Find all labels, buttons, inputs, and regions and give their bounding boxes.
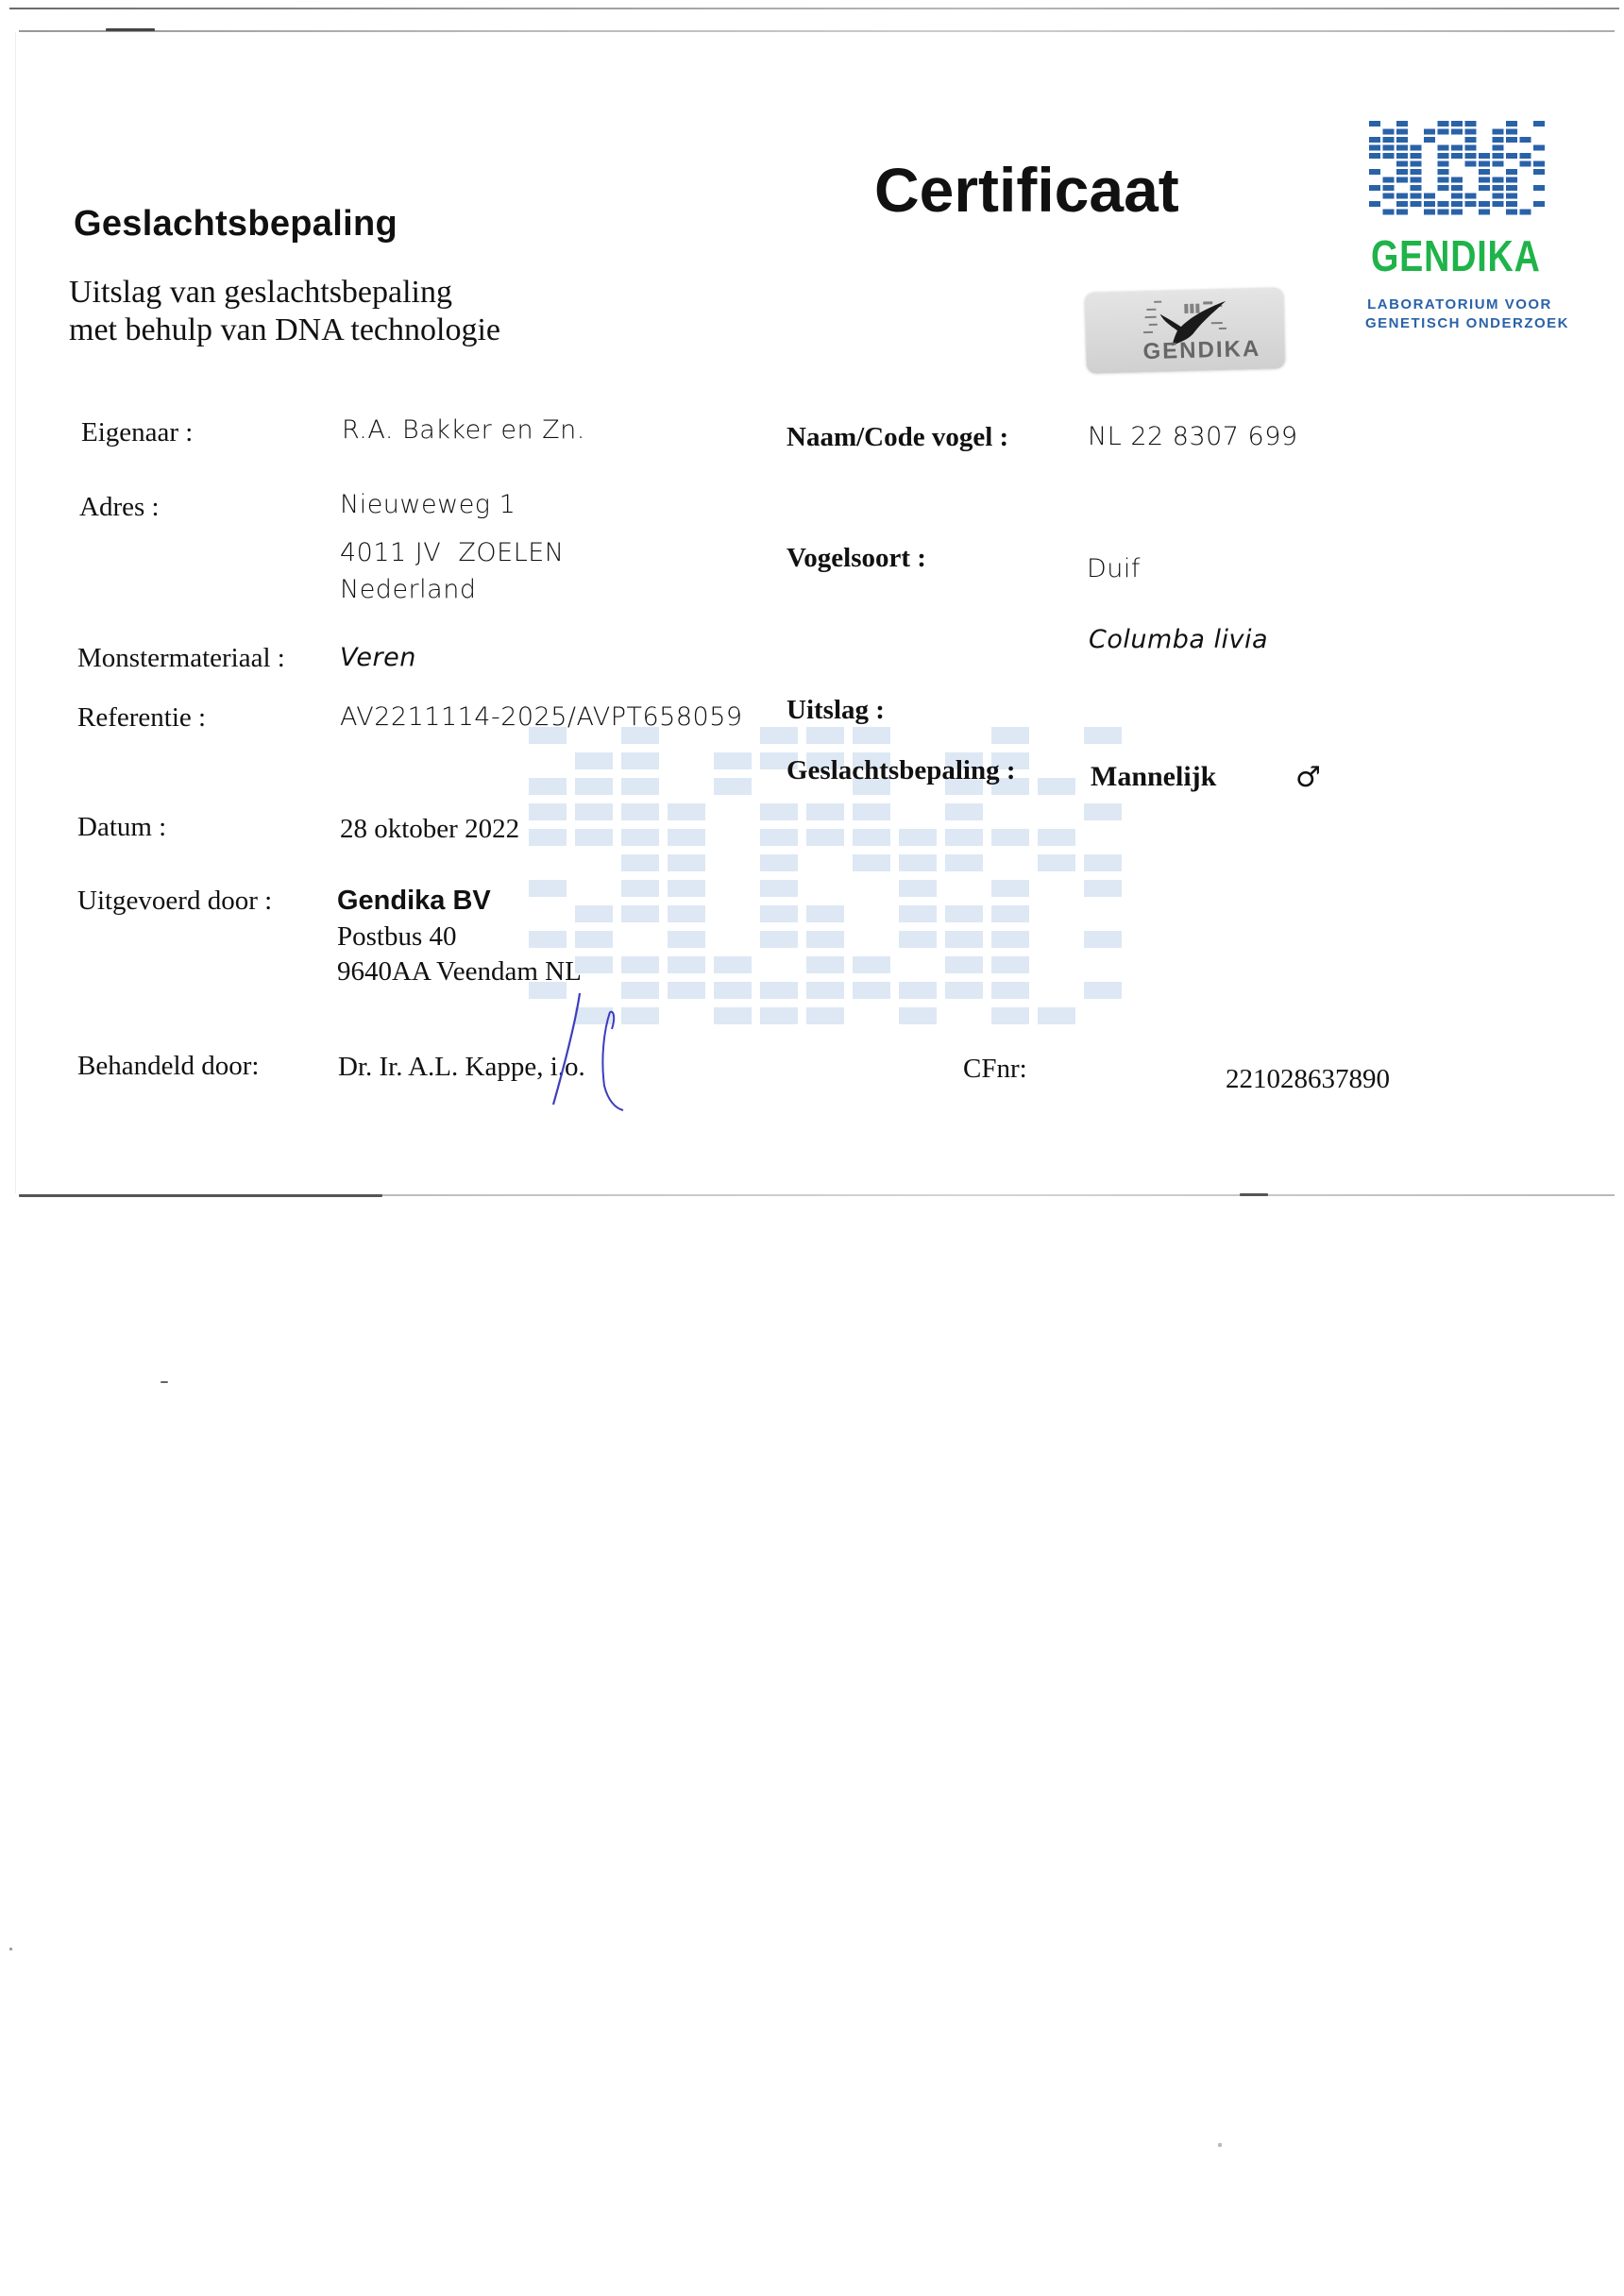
species-latin: Columba livia: [1089, 625, 1268, 654]
male-symbol-icon: ♂: [1295, 761, 1321, 794]
address-label: Adres :: [79, 492, 160, 523]
document-title: Geslachtsbepaling: [74, 204, 398, 245]
sample-value: Veren: [340, 643, 416, 672]
subtitle-line-2: met behulp van DNA technologie: [69, 312, 500, 349]
result-label: Uitslag :: [787, 695, 885, 726]
species-common: Duif: [1087, 554, 1141, 583]
sex-determination-label: Geslachtsbepaling :: [787, 755, 1016, 786]
top-border-mark: [106, 28, 155, 31]
scan-speck: [161, 1381, 168, 1383]
owner-value: R.A. Bakker en Zn.: [342, 415, 585, 445]
left-scan-edge: [15, 32, 16, 1193]
address-line-3: Nederland: [340, 575, 476, 604]
address-line-2: 4011 JV ZOELEN: [340, 538, 565, 567]
bottom-border-mark-right: [1240, 1193, 1268, 1196]
bird-code-label: Naam/Code vogel :: [787, 422, 1008, 453]
performed-by-company: Gendika BV: [337, 886, 491, 917]
owner-label: Eigenaar :: [81, 417, 193, 448]
bird-code-value: NL 22 8307 699: [1088, 422, 1298, 451]
sex-value: Mannelijk: [1091, 761, 1216, 793]
handled-by-label: Behandeld door:: [77, 1051, 259, 1082]
scan-speck: [9, 1948, 12, 1950]
certificate-heading: Certificaat: [874, 154, 1179, 226]
dna-barcode-g-icon: [1369, 121, 1548, 234]
brand-name: GENDIKA: [1371, 230, 1541, 281]
performed-by-label: Uitgevoerd door :: [77, 886, 272, 917]
performed-by-line-2: 9640AA Veendam NL: [337, 956, 582, 988]
brand-tagline-line-2: GENETISCH ONDERZOEK: [1365, 314, 1554, 333]
brand-tagline-line-1: LABORATORIUM VOOR: [1365, 295, 1554, 314]
address-line-1: Nieuweweg 1: [340, 490, 516, 519]
cf-number-label: CFnr:: [963, 1054, 1027, 1085]
signature: [529, 991, 642, 1114]
reference-label: Referentie :: [77, 702, 206, 734]
top-border-inner: [19, 30, 1615, 32]
date-value: 28 oktober 2022: [340, 814, 519, 845]
top-border-outer: [9, 8, 1619, 9]
subtitle-line-1: Uitslag van geslachtsbepaling: [69, 274, 452, 312]
scan-speck: [1218, 2143, 1222, 2147]
reference-value: AV2211114-2025/AVPT658059: [340, 702, 743, 732]
performed-by-line-1: Postbus 40: [337, 921, 457, 953]
sample-label: Monstermateriaal :: [77, 643, 285, 674]
sticker-label: GENDIKA: [1142, 336, 1260, 365]
cf-number-value: 221028637890: [1226, 1064, 1390, 1095]
hologram-sticker: GENDIKA: [1085, 288, 1285, 373]
bottom-border-mark-left: [19, 1194, 382, 1197]
brand-tagline: LABORATORIUM VOOR GENETISCH ONDERZOEK: [1365, 295, 1554, 333]
species-label: Vogelsoort :: [787, 543, 926, 574]
date-label: Datum :: [77, 812, 166, 843]
